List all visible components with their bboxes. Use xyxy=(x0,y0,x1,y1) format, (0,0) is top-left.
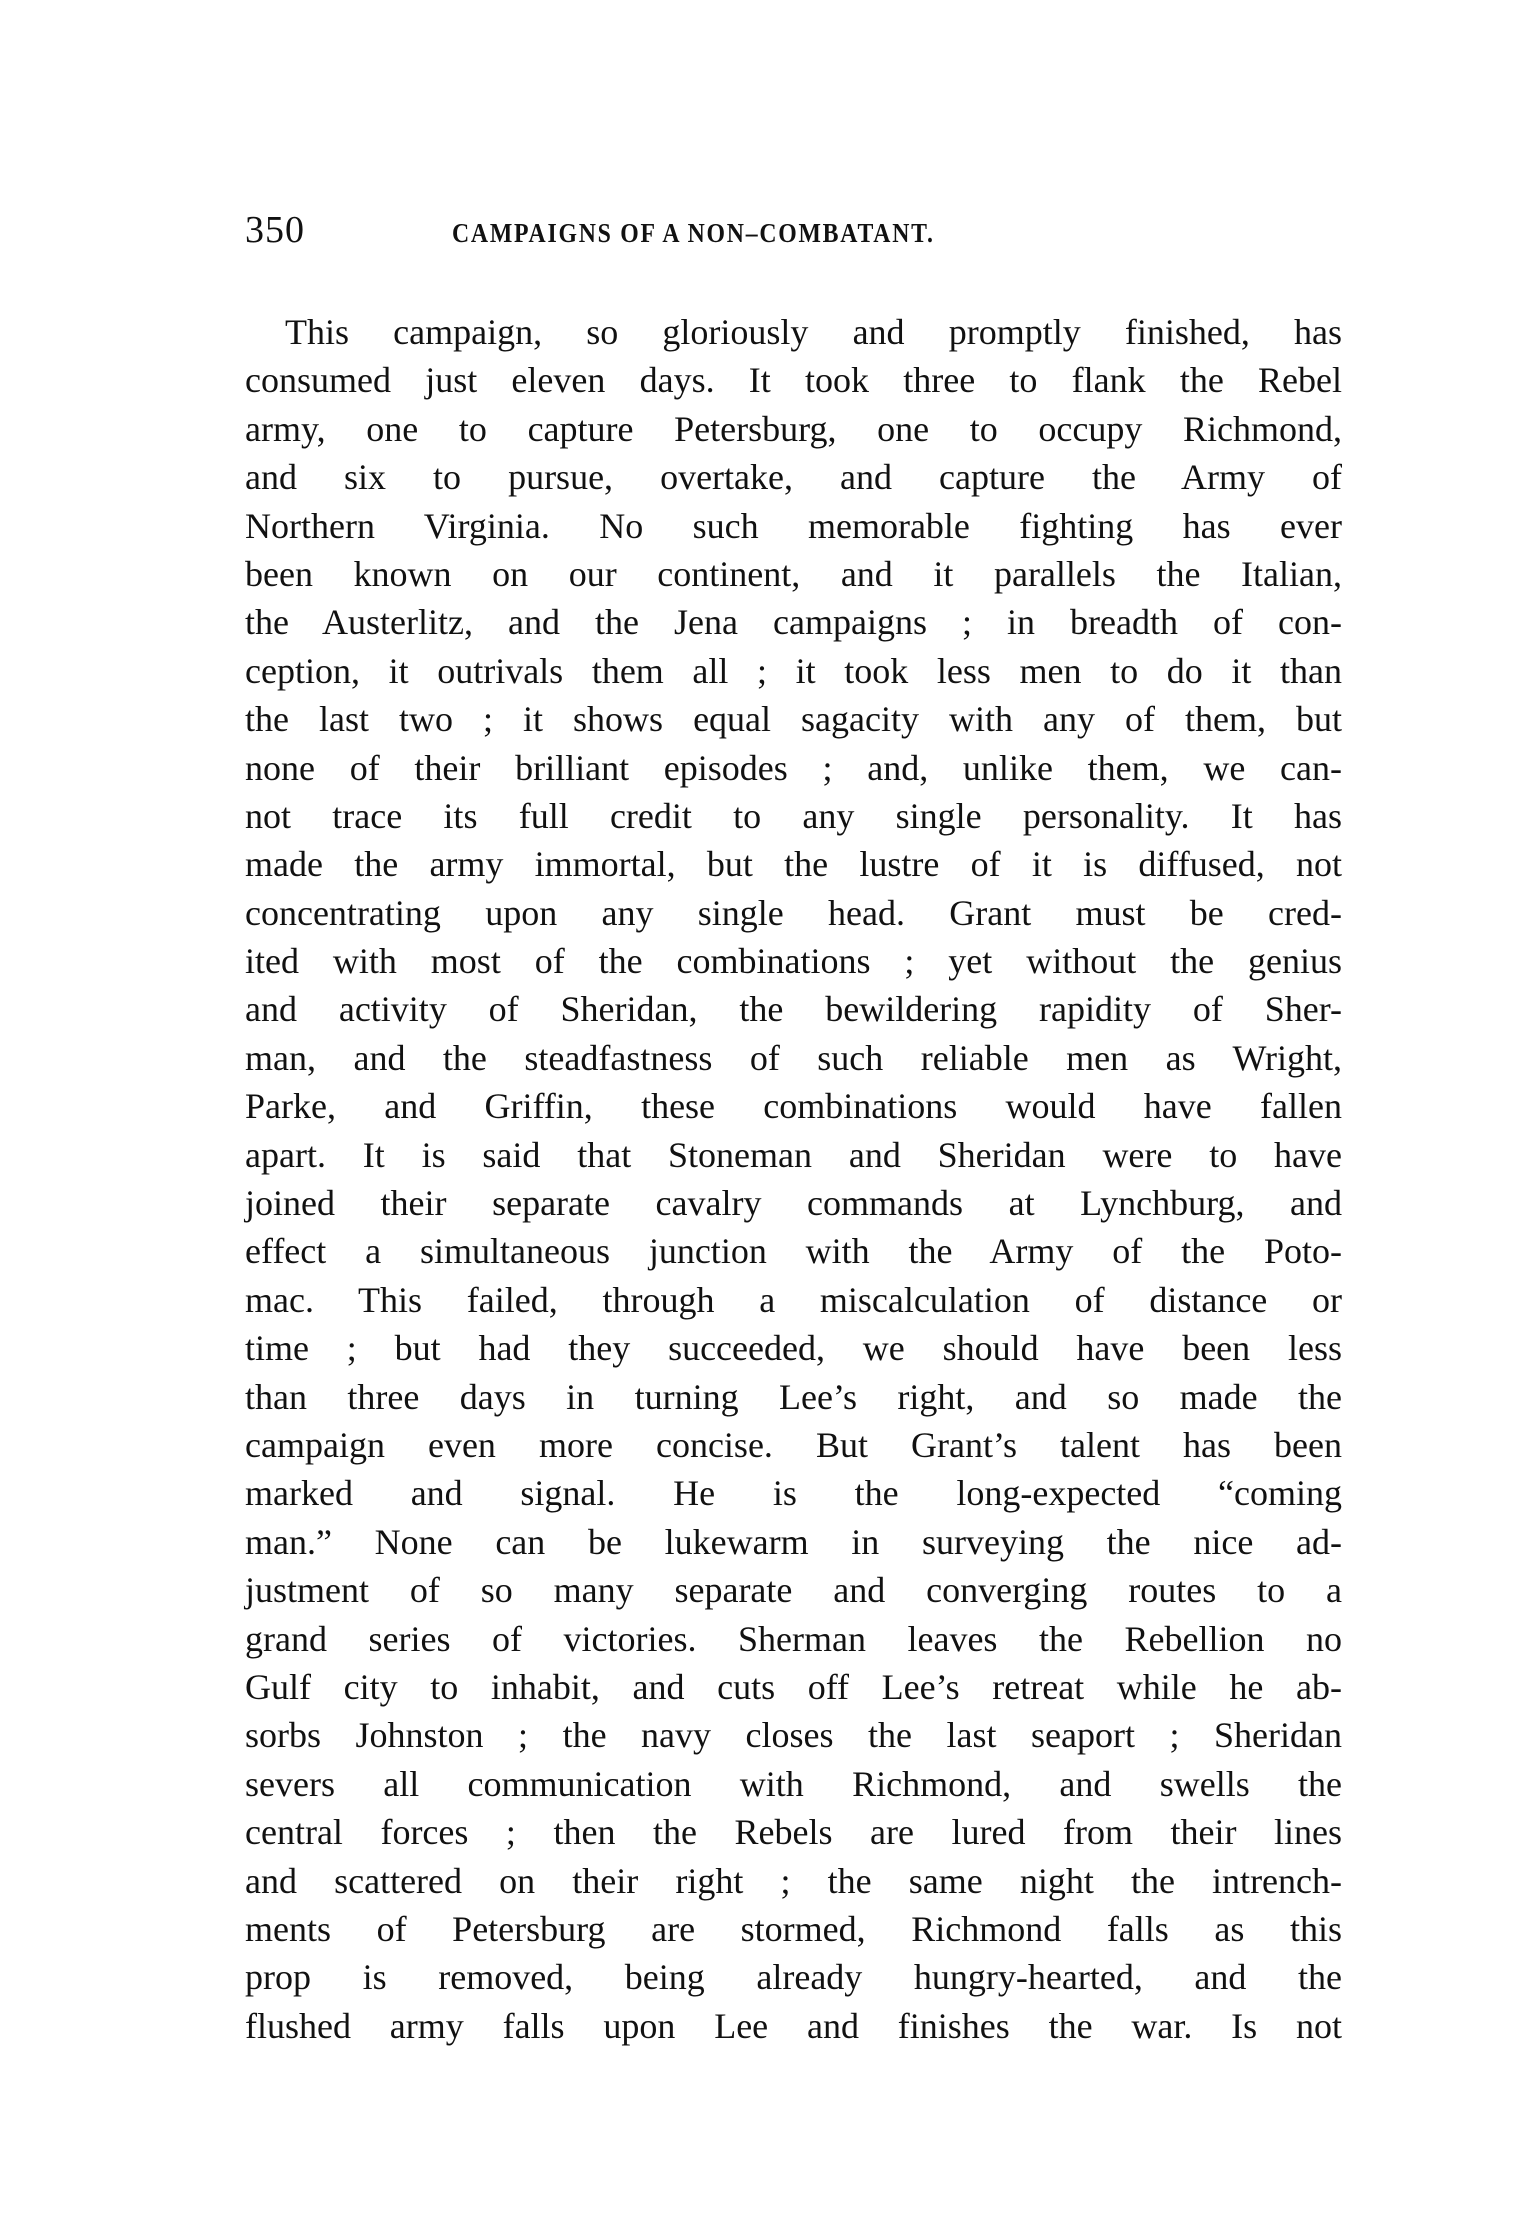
text-line: joined their separate cavalry commands a… xyxy=(245,1179,1342,1227)
text-line: ception, it outrivals them all ; it took… xyxy=(245,647,1342,695)
text-line: Gulf city to inhabit, and cuts off Lee’s… xyxy=(245,1663,1342,1711)
text-line: campaign even more concise. But Grant’s … xyxy=(245,1421,1342,1469)
text-line: and activity of Sheridan, the bewilderin… xyxy=(245,985,1342,1033)
text-line: severs all communication with Richmond, … xyxy=(245,1760,1342,1808)
text-line: the Austerlitz, and the Jena campaigns ;… xyxy=(245,598,1342,646)
text-line: the last two ; it shows equal sagacity w… xyxy=(245,695,1342,743)
text-line: This campaign, so gloriously and promptl… xyxy=(245,308,1342,356)
body-paragraph: This campaign, so gloriously and promptl… xyxy=(245,308,1342,2050)
text-line: man, and the steadfastness of such relia… xyxy=(245,1034,1342,1082)
text-line: prop is removed, being already hungry-he… xyxy=(245,1953,1342,2001)
text-line: ments of Petersburg are stormed, Richmon… xyxy=(245,1905,1342,1953)
page-header: 350 CAMPAIGNS OF A NON–COMBATANT. xyxy=(245,205,1342,255)
running-title: CAMPAIGNS OF A NON–COMBATANT. xyxy=(452,208,935,258)
text-line: time ; but had they succeeded, we should… xyxy=(245,1324,1342,1372)
text-line: and scattered on their right ; the same … xyxy=(245,1857,1342,1905)
text-line: than three days in turning Lee’s right, … xyxy=(245,1373,1342,1421)
text-line: concentrating upon any single head. Gran… xyxy=(245,889,1342,937)
text-line: been known on our continent, and it para… xyxy=(245,550,1342,598)
text-line: consumed just eleven days. It took three… xyxy=(245,356,1342,404)
text-line: not trace its full credit to any single … xyxy=(245,792,1342,840)
text-line: ited with most of the combinations ; yet… xyxy=(245,937,1342,985)
text-line: justment of so many separate and converg… xyxy=(245,1566,1342,1614)
text-line: sorbs Johnston ; the navy closes the las… xyxy=(245,1711,1342,1759)
text-line: mac. This failed, through a miscalculati… xyxy=(245,1276,1342,1324)
text-line: man.” None can be lukewarm in surveying … xyxy=(245,1518,1342,1566)
text-line: made the army immortal, but the lustre o… xyxy=(245,840,1342,888)
text-line: marked and signal. He is the long-expect… xyxy=(245,1469,1342,1517)
text-line: Northern Virginia. No such memorable fig… xyxy=(245,502,1342,550)
text-line: flushed army falls upon Lee and finishes… xyxy=(245,2002,1342,2050)
text-line: Parke, and Griffin, these combinations w… xyxy=(245,1082,1342,1130)
text-line: apart. It is said that Stoneman and Sher… xyxy=(245,1131,1342,1179)
page-number: 350 xyxy=(245,205,305,255)
text-line: army, one to capture Petersburg, one to … xyxy=(245,405,1342,453)
text-line: grand series of victories. Sherman leave… xyxy=(245,1615,1342,1663)
text-line: none of their brilliant episodes ; and, … xyxy=(245,744,1342,792)
text-line: and six to pursue, overtake, and capture… xyxy=(245,453,1342,501)
text-line: effect a simultaneous junction with the … xyxy=(245,1227,1342,1275)
text-line: central forces ; then the Rebels are lur… xyxy=(245,1808,1342,1856)
